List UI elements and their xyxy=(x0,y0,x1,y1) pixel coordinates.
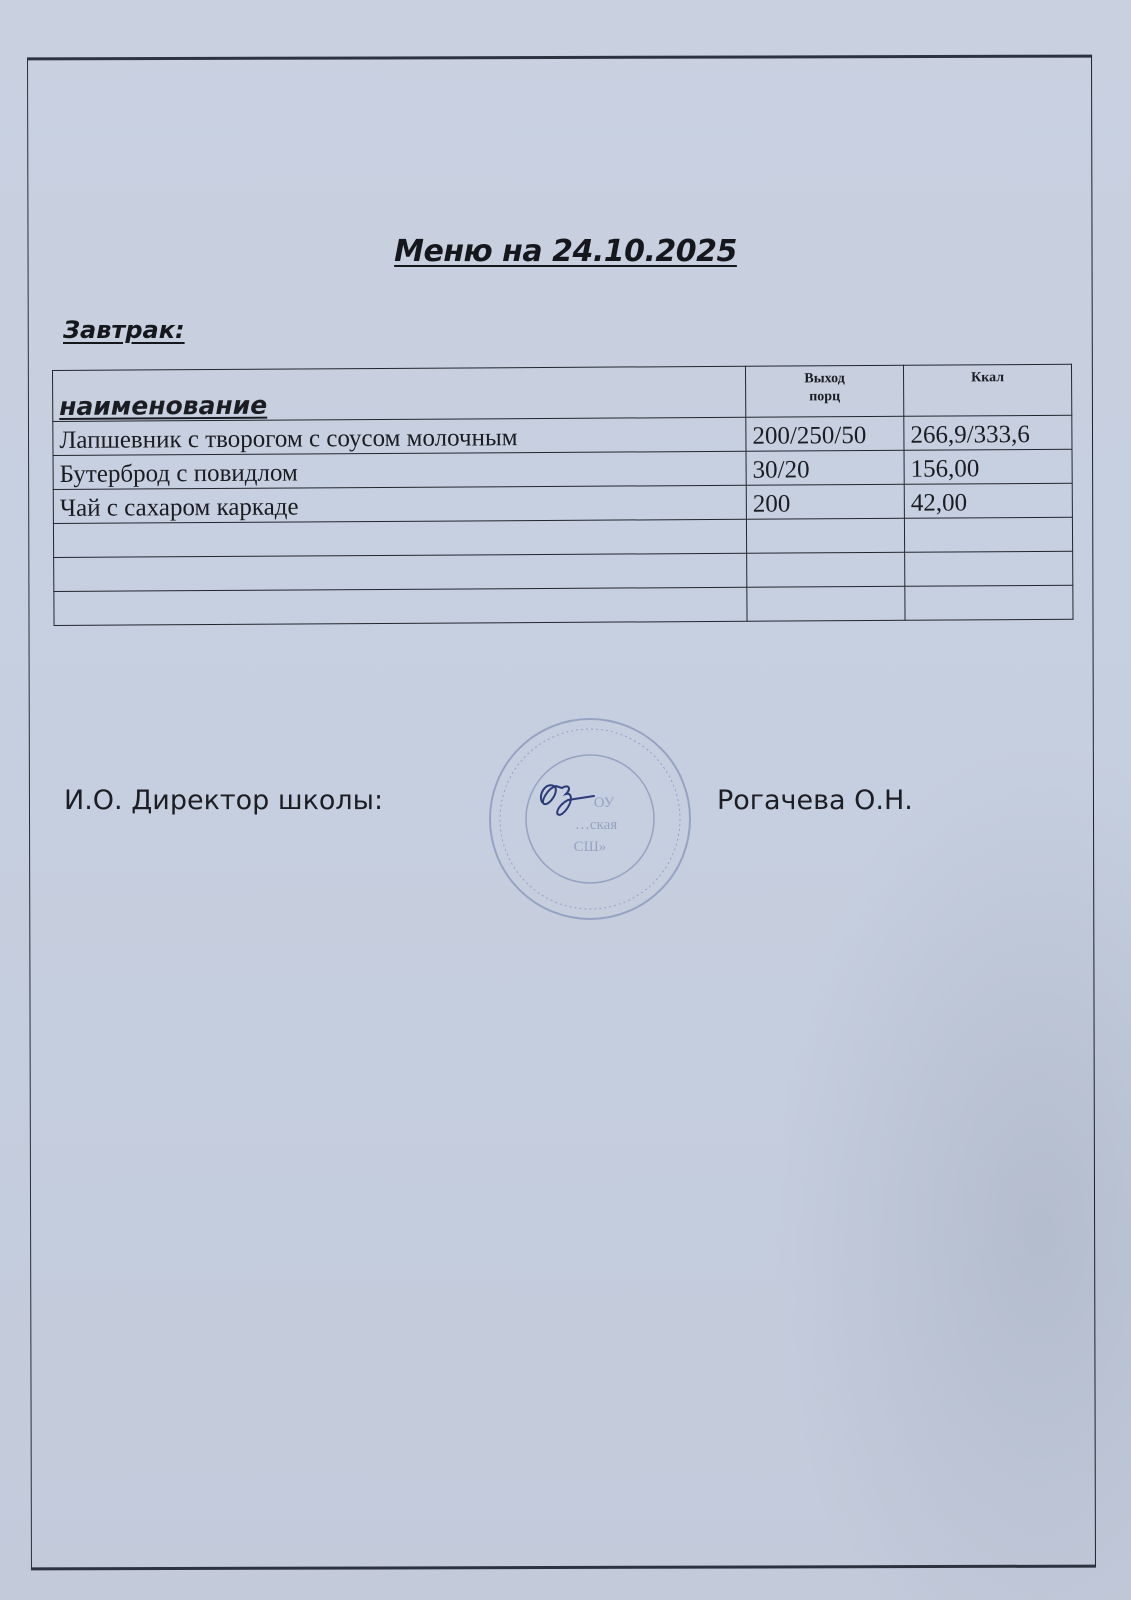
page-title: Меню на 24.10.2025 xyxy=(0,234,1131,269)
header-kcal: Ккал xyxy=(903,364,1071,416)
header-output: Выходпорц xyxy=(745,365,903,417)
cell-name: Лапшевник с творогом с соусом молочным xyxy=(53,417,746,455)
cell-output: 30/20 xyxy=(746,450,904,485)
cell-name xyxy=(54,553,747,591)
cell-output xyxy=(746,518,904,553)
cell-kcal: 156,00 xyxy=(904,449,1072,484)
cell-kcal xyxy=(904,517,1072,552)
title-text: Меню на 24.10.2025 xyxy=(394,234,737,269)
cell-kcal xyxy=(905,551,1073,586)
header-name-text: наименование xyxy=(59,391,267,421)
header-name: наименование xyxy=(53,366,746,421)
table-row-empty xyxy=(54,585,1073,625)
cell-output: 200/250/50 xyxy=(746,416,904,451)
cell-name: Бутерброд с повидлом xyxy=(53,451,746,489)
stamp-text-3: СШ» xyxy=(574,839,607,855)
cell-name xyxy=(54,587,747,625)
cell-name xyxy=(53,519,746,557)
header-output-line2: порц xyxy=(809,389,840,404)
cell-kcal xyxy=(905,585,1073,620)
handwritten-signature-icon xyxy=(534,776,614,820)
signatory-name: Рогачева О.Н. xyxy=(717,785,913,816)
table-row: Чай с сахаром каркаде 200 42,00 xyxy=(53,483,1072,523)
cell-kcal: 266,9/333,6 xyxy=(904,415,1072,450)
header-output-line1: Выход xyxy=(804,371,845,386)
cell-output xyxy=(747,552,905,587)
table-row: Лапшевник с творогом с соусом молочным 2… xyxy=(53,415,1072,455)
section-heading-breakfast: Завтрак: xyxy=(63,316,185,344)
cell-output: 200 xyxy=(746,484,904,519)
table-row: Бутерброд с повидлом 30/20 156,00 xyxy=(53,449,1072,489)
cell-name: Чай с сахаром каркаде xyxy=(53,485,746,523)
cell-kcal: 42,00 xyxy=(904,483,1072,518)
table-header-row: наименование Выходпорц Ккал xyxy=(53,364,1072,421)
cell-output xyxy=(747,586,905,621)
signature-label: И.О. Директор школы: xyxy=(64,785,383,816)
menu-table: наименование Выходпорц Ккал Лапшевник с … xyxy=(52,364,1074,626)
